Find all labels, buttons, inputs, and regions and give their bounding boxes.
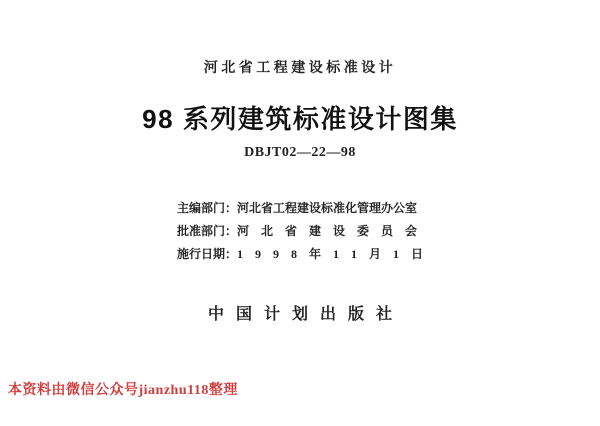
chief-editor-label: 主编部门： [177, 197, 237, 220]
approver-value: 河 北 省 建 设 委 员 会 [237, 220, 423, 243]
approver-label: 批准部门： [177, 220, 237, 243]
standard-code: DBJT02—22—98 [0, 145, 600, 161]
document-cover-page: 河北省工程建设标准设计 98 系列建筑标准设计图集 DBJT02—22—98 主… [0, 0, 600, 426]
info-row-effective-date: 施行日期： 1 9 9 8 年 1 1 月 1 日 [177, 243, 423, 266]
publisher-name: 中国计划出版社 [0, 301, 600, 324]
publication-info-block: 主编部门： 河北省工程建设标准化管理办公室 批准部门： 河 北 省 建 设 委 … [177, 197, 423, 266]
series-label: 河北省工程建设标准设计 [0, 57, 600, 77]
info-row-chief-editor: 主编部门： 河北省工程建设标准化管理办公室 [177, 197, 423, 220]
watermark-note: 本资料由微信公众号jianzhu118整理 [8, 379, 238, 399]
effective-date-label: 施行日期： [177, 243, 237, 266]
chief-editor-value: 河北省工程建设标准化管理办公室 [237, 197, 423, 220]
page-title: 98 系列建筑标准设计图集 [0, 99, 600, 136]
info-row-approver: 批准部门： 河 北 省 建 设 委 员 会 [177, 220, 423, 243]
effective-date-value: 1 9 9 8 年 1 1 月 1 日 [237, 243, 423, 266]
